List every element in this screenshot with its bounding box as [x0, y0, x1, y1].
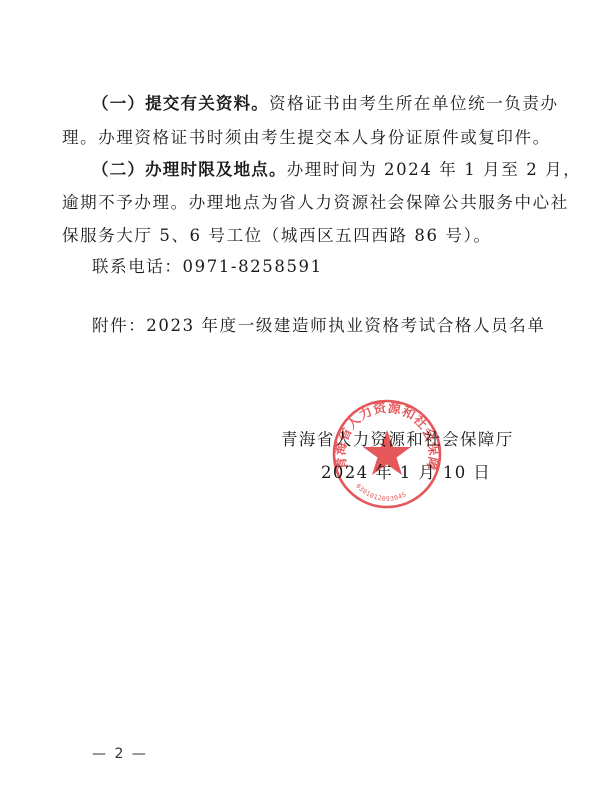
- contact-phone: 联系电话：0971-8258591: [92, 257, 323, 277]
- paragraph-2-line-3: 保服务大厅 5、6 号工位（城西区五四西路 86 号）。: [62, 226, 492, 246]
- paragraph-1-line-2: 理。办理资格证书时须由考生提交本人身份证原件或复印件。: [62, 128, 551, 148]
- paragraph-2-text: 办理时间为 2024 年 1 月至 2 月，: [287, 160, 582, 179]
- paragraph-2-line-1: （二）办理时限及地点。办理时间为 2024 年 1 月至 2 月，: [92, 160, 581, 180]
- paragraph-1-heading: （一）提交有关资料。: [92, 94, 269, 113]
- paragraph-2-line-2: 逾期不予办理。办理地点为省人力资源社会保障公共服务中心社: [62, 193, 569, 213]
- paragraph-1-text: 资格证书由考生所在单位统一负责办: [269, 94, 559, 113]
- official-seal-icon: 青海省人力资源和社会保障厅 6301012093045: [331, 398, 443, 510]
- attachment-line: 附件：2023 年度一级建造师执业资格考试合格人员名单: [92, 316, 545, 336]
- paragraph-1-line-1: （一）提交有关资料。资格证书由考生所在单位统一负责办: [92, 94, 559, 114]
- paragraph-2-heading: （二）办理时限及地点。: [92, 160, 287, 179]
- page-number: — 2 —: [92, 746, 148, 762]
